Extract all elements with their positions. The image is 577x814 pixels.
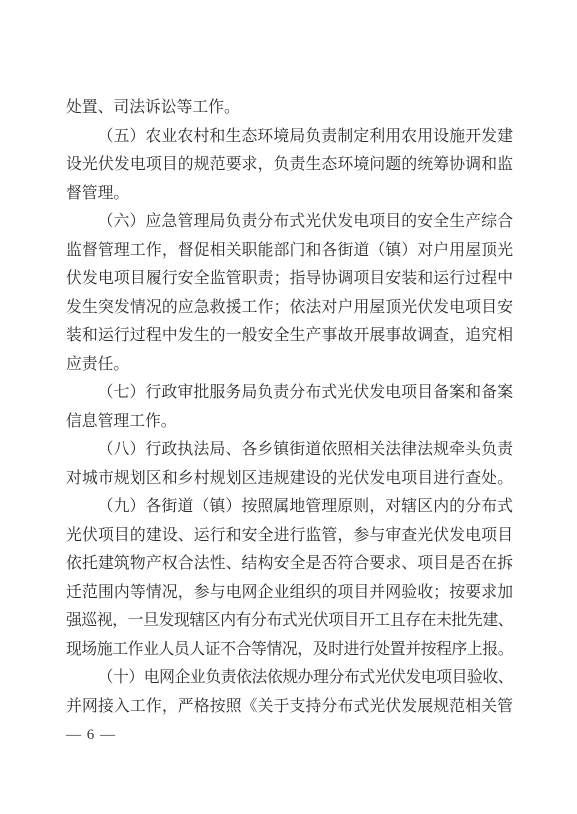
text-line: 设光伏发电项目的规范要求，负责生态环境问题的统筹协调和监	[66, 151, 513, 180]
text-line: 强巡视，一旦发现辖区内有分布式光伏项目开工且存在未批先建、	[66, 607, 513, 636]
document-page: 处置、司法诉讼等工作。（五）农业农村和生态环境局负责制定利用农用设施开发建设光伏…	[0, 0, 577, 814]
text-line: 依托建筑物产权合法性、结构安全是否符合要求、项目是否在拆	[66, 550, 513, 579]
text-line: （七）行政审批服务局负责分布式光伏发电项目备案和备案	[66, 379, 513, 408]
text-line: 装和运行过程中发生的一般安全生产事故开展事故调查，追究相	[66, 322, 513, 351]
text-line: 监督管理工作，督促相关职能部门和各街道（镇）对户用屋顶光	[66, 237, 513, 266]
text-line: 应责任。	[66, 351, 513, 380]
text-line: 处置、司法诉讼等工作。	[66, 94, 513, 123]
page-number: — 6 —	[66, 724, 116, 746]
text-line: 现场施工作业人员人证不合等情况，及时进行处置并按程序上报。	[66, 636, 513, 665]
text-line: （十）电网企业负责依法依规办理分布式光伏发电项目验收、	[66, 664, 513, 693]
text-line: 对城市规划区和乡村规划区违规建设的光伏发电项目进行查处。	[66, 465, 513, 494]
text-line: 信息管理工作。	[66, 408, 513, 437]
text-line: （八）行政执法局、各乡镇街道依照相关法律法规牵头负责	[66, 436, 513, 465]
text-line: 并网接入工作，严格按照《关于支持分布式光伏发展规范相关管	[66, 693, 513, 722]
text-line: 督管理。	[66, 180, 513, 209]
text-line: 发生突发情况的应急救援工作；依法对户用屋顶光伏发电项目安	[66, 294, 513, 323]
text-line: 伏发电项目履行安全监管职责；指导协调项目安装和运行过程中	[66, 265, 513, 294]
text-line: （六）应急管理局负责分布式光伏发电项目的安全生产综合	[66, 208, 513, 237]
document-body: 处置、司法诉讼等工作。（五）农业农村和生态环境局负责制定利用农用设施开发建设光伏…	[66, 94, 513, 721]
text-line: 光伏项目的建设、运行和安全进行监管，参与审查光伏发电项目	[66, 522, 513, 551]
text-line: （五）农业农村和生态环境局负责制定利用农用设施开发建	[66, 123, 513, 152]
text-line: （九）各街道（镇）按照属地管理原则，对辖区内的分布式	[66, 493, 513, 522]
text-line: 迁范围内等情况，参与电网企业组织的项目并网验收；按要求加	[66, 579, 513, 608]
